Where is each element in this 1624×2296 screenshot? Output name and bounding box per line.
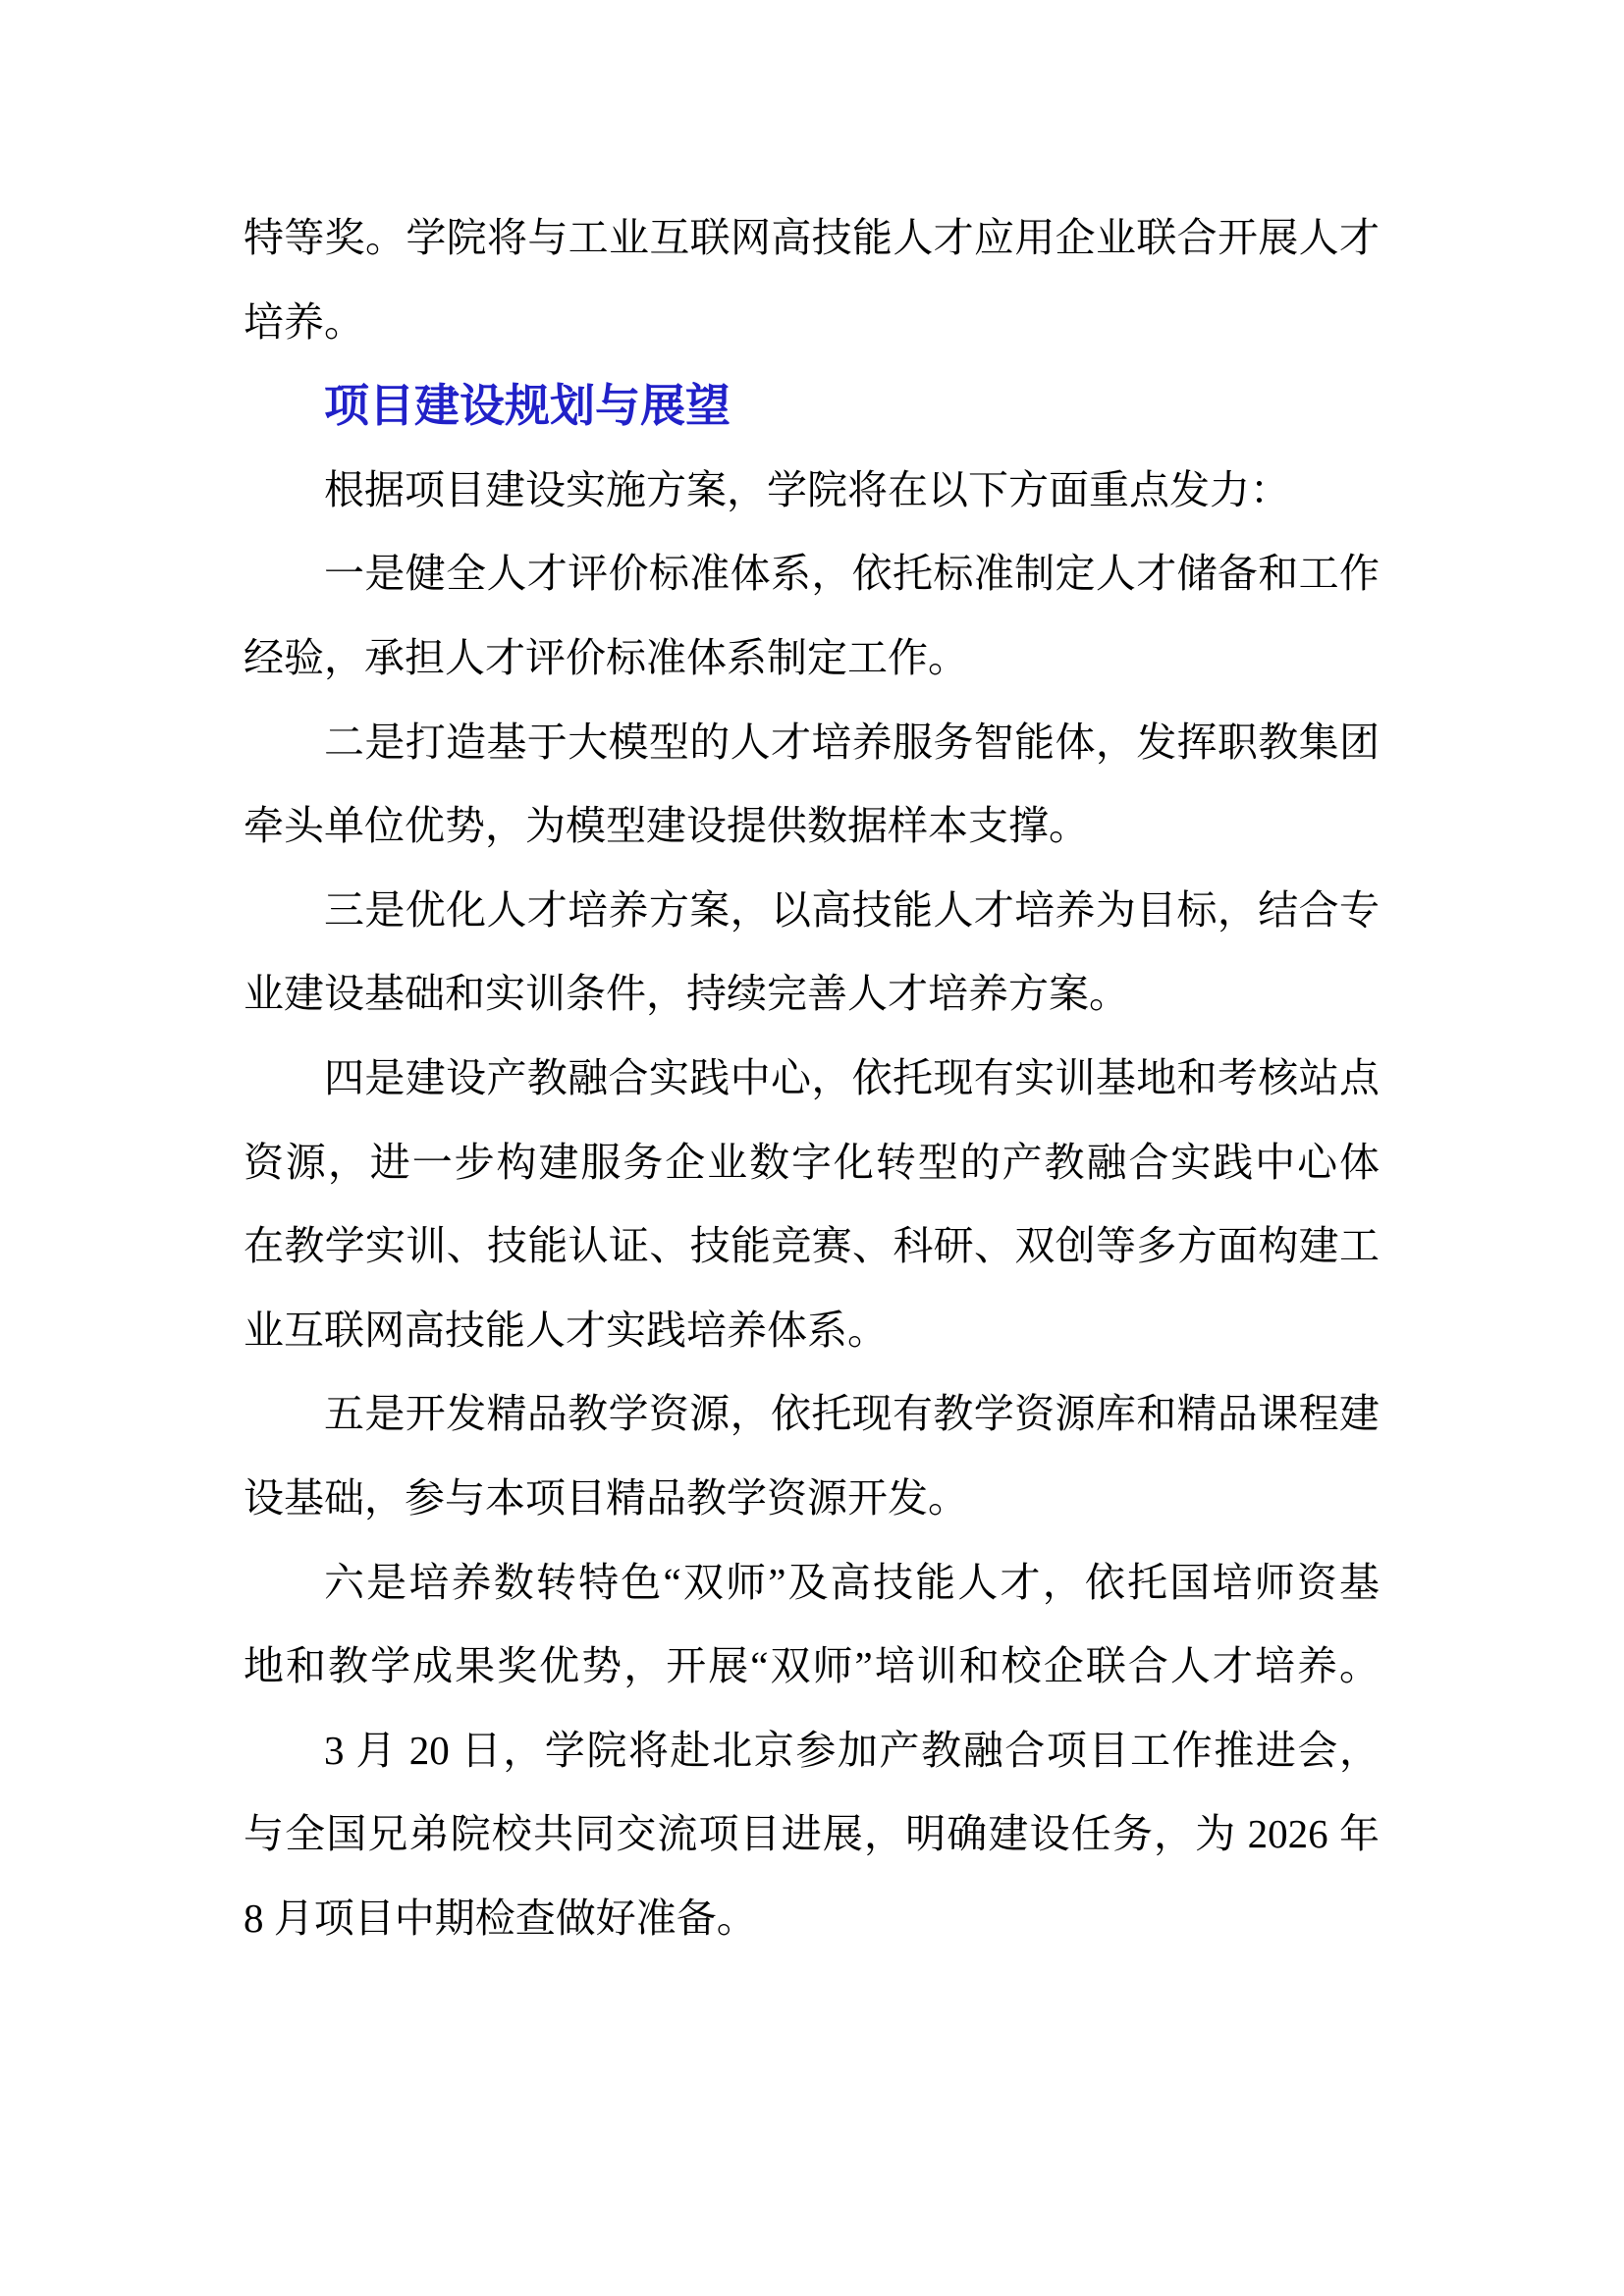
text-line: 在教学实训、技能认证、技能竞赛、科研、双创等多方面构建工: [244, 1204, 1380, 1289]
paragraph: 特等奖。学院将与工业互联网高技能人才应用企业联合开展人才培养。: [244, 196, 1380, 364]
text-line: 四是建设产教融合实践中心，依托现有实训基地和考核站点: [244, 1037, 1380, 1121]
text-line: 业互联网高技能人才实践培养体系。: [244, 1289, 1380, 1373]
paragraph: 二是打造基于大模型的人才培养服务智能体，发挥职教集团牵头单位优势，为模型建设提供…: [244, 701, 1380, 869]
paragraph: 三是优化人才培养方案，以高技能人才培养为目标，结合专业建设基础和实训条件，持续完…: [244, 869, 1380, 1037]
text-line: 业建设基础和实训条件，持续完善人才培养方案。: [244, 952, 1380, 1037]
paragraph: 四是建设产教融合实践中心，依托现有实训基地和考核站点资源，进一步构建服务企业数字…: [244, 1037, 1380, 1372]
paragraph: 根据项目建设实施方案，学院将在以下方面重点发力：: [244, 449, 1380, 533]
text-line: 设基础，参与本项目精品教学资源开发。: [244, 1457, 1380, 1541]
text-line: 五是开发精品教学资源，依托现有教学资源库和精品课程建: [244, 1372, 1380, 1457]
text-line: 8 月项目中期检查做好准备。: [244, 1877, 1380, 1961]
paragraph: 3 月 20 日，学院将赴北京参加产教融合项目工作推进会，与全国兄弟院校共同交流…: [244, 1709, 1380, 1961]
text-line: 地和教学成果奖优势，开展“双师”培训和校企联合人才培养。: [244, 1625, 1380, 1709]
text-line: 牵头单位优势，为模型建设提供数据样本支撑。: [244, 784, 1380, 869]
text-line: 三是优化人才培养方案，以高技能人才培养为目标，结合专: [244, 869, 1380, 953]
text-line: 与全国兄弟院校共同交流项目进展，明确建设任务，为 2026 年: [244, 1792, 1380, 1877]
paragraph: 六是培养数转特色“双师”及高技能人才，依托国培师资基地和教学成果奖优势，开展“双…: [244, 1541, 1380, 1709]
heading-line: 项目建设规划与展望: [244, 364, 1380, 449]
section-heading: 项目建设规划与展望: [244, 364, 1380, 449]
text-line: 一是健全人才评价标准体系，依托标准制定人才储备和工作: [244, 532, 1380, 616]
document-page: 特等奖。学院将与工业互联网高技能人才应用企业联合开展人才培养。项目建设规划与展望…: [0, 0, 1624, 2296]
text-line: 培养。: [244, 281, 1380, 365]
text-line: 资源，进一步构建服务企业数字化转型的产教融合实践中心体系，: [244, 1121, 1380, 1205]
text-line: 经验，承担人才评价标准体系制定工作。: [244, 616, 1380, 701]
text-line: 六是培养数转特色“双师”及高技能人才，依托国培师资基: [244, 1541, 1380, 1626]
text-line: 根据项目建设实施方案，学院将在以下方面重点发力：: [244, 449, 1380, 533]
paragraph: 五是开发精品教学资源，依托现有教学资源库和精品课程建设基础，参与本项目精品教学资…: [244, 1372, 1380, 1540]
text-line: 特等奖。学院将与工业互联网高技能人才应用企业联合开展人才: [244, 196, 1380, 281]
paragraph: 一是健全人才评价标准体系，依托标准制定人才储备和工作经验，承担人才评价标准体系制…: [244, 532, 1380, 700]
text-line: 3 月 20 日，学院将赴北京参加产教融合项目工作推进会，: [244, 1709, 1380, 1793]
text-line: 二是打造基于大模型的人才培养服务智能体，发挥职教集团: [244, 701, 1380, 785]
document-body: 特等奖。学院将与工业互联网高技能人才应用企业联合开展人才培养。项目建设规划与展望…: [244, 196, 1380, 1960]
